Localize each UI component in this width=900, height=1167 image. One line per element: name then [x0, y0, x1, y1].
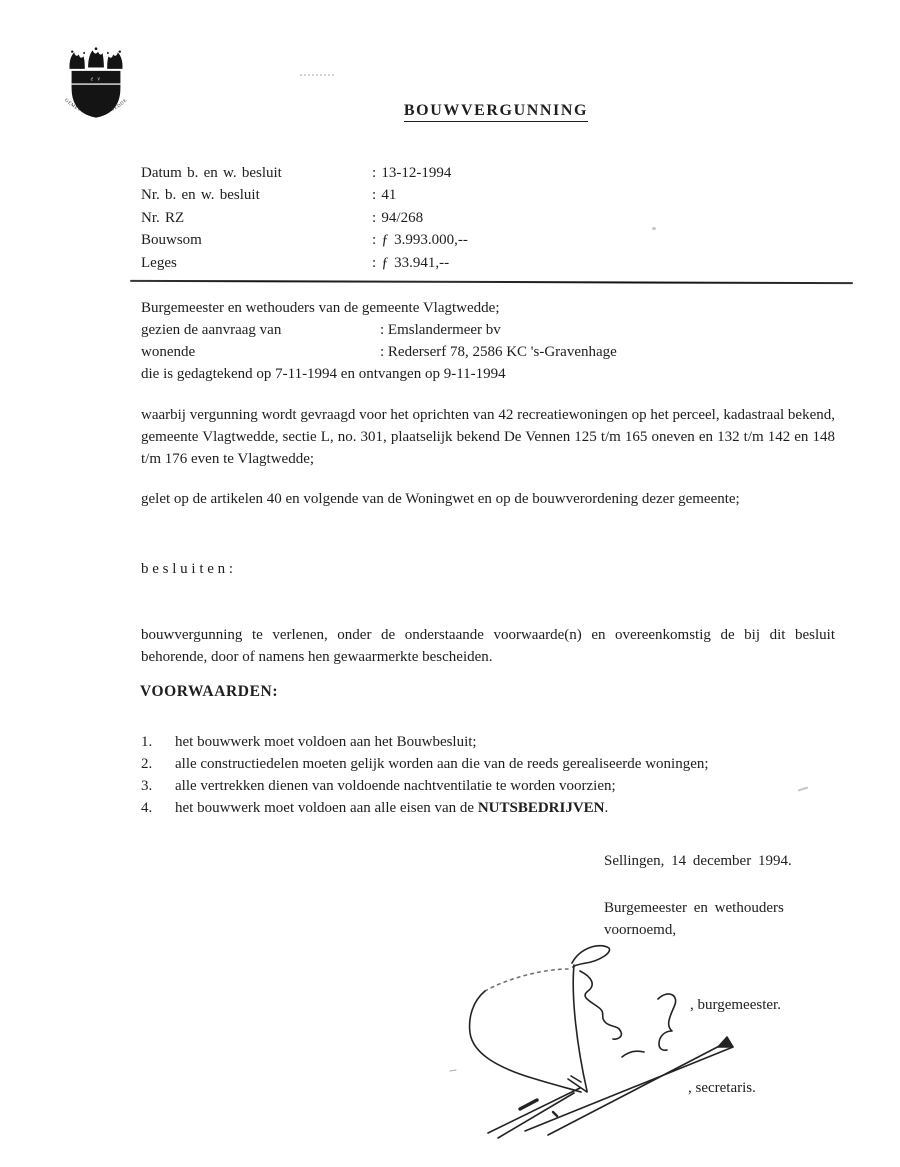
divider-line [130, 280, 853, 285]
signatory-line: Burgemeester en wethouders [604, 897, 792, 919]
condition-item: 1. het bouwwerk moet voldoen aan het Bou… [141, 731, 847, 753]
field-value: : 41 [372, 184, 396, 206]
condition-number: 4. [141, 797, 175, 819]
field-label: Nr. b. en w. besluit [141, 184, 372, 206]
field-value: : Rederserf 78, 2586 KC 's-Gravenhage [380, 341, 617, 363]
meta-row-bouwsom: Bouwsom : ƒ 3.993.000,-- [141, 229, 468, 251]
field-value: : Emslandermeer bv [380, 319, 501, 341]
condition-text: alle vertrekken dienen van voldoende nac… [175, 775, 847, 797]
condition-text: het bouwwerk moet voldoen aan het Bouwbe… [175, 731, 847, 753]
grant-paragraph: bouwvergunning te verlenen, onder de ond… [141, 624, 835, 668]
meta-row-nr-rz: Nr. RZ : 94/268 [141, 207, 468, 229]
condition-text-normal: het bouwwerk moet voldoen aan alle eisen… [175, 800, 478, 816]
applicant-dates-line: die is gedagtekend op 7-11-1994 en ontva… [141, 363, 617, 385]
field-label: wonende [141, 341, 380, 363]
request-paragraph: waarbij vergunning wordt gevraagd voor h… [141, 404, 835, 470]
scan-artifact [300, 74, 334, 76]
scanned-document-page: e v GEMEENTE VLAGTWEDDE BOUWVERGUNNING D… [0, 0, 900, 1167]
meta-row-leges: Leges : ƒ 33.941,-- [141, 252, 468, 274]
condition-item: 3. alle vertrekken dienen van voldoende … [141, 775, 847, 797]
field-label: Datum b. en w. besluit [141, 162, 372, 184]
applicant-row-wonende: wonende : Rederserf 78, 2586 KC 's-Grave… [141, 341, 617, 363]
title-container: BOUWVERGUNNING [140, 102, 852, 122]
condition-number: 1. [141, 731, 175, 753]
condition-text: het bouwwerk moet voldoen aan alle eisen… [175, 797, 847, 819]
meta-fields-block: Datum b. en w. besluit : 13-12-1994 Nr. … [141, 162, 468, 274]
condition-text-suffix: . [605, 800, 609, 816]
field-value: : 94/268 [372, 207, 423, 229]
legal-basis-paragraph: gelet op de artikelen 40 en volgende van… [141, 488, 835, 510]
conditions-list: 1. het bouwwerk moet voldoen aan het Bou… [141, 731, 847, 819]
document-title: BOUWVERGUNNING [404, 102, 588, 122]
handwritten-signatures [440, 935, 880, 1167]
meta-row-datum-besluit: Datum b. en w. besluit : 13-12-1994 [141, 162, 468, 184]
field-value: : 13-12-1994 [372, 162, 451, 184]
place-date-line: Sellingen, 14 december 1994. [604, 850, 792, 872]
field-value: : ƒ 3.993.000,-- [372, 229, 468, 251]
condition-number: 2. [141, 753, 175, 775]
field-value: : ƒ 33.941,-- [372, 252, 449, 274]
condition-item: 2. alle constructiedelen moeten gelijk w… [141, 753, 847, 775]
closing-block: Sellingen, 14 december 1994. Burgemeeste… [604, 850, 792, 941]
conditions-heading: VOORWAARDEN: [140, 683, 278, 701]
field-label: Nr. RZ [141, 207, 372, 229]
condition-text: alle constructiedelen moeten gelijk word… [175, 753, 847, 775]
field-label: Leges [141, 252, 372, 274]
meta-row-nr-besluit: Nr. b. en w. besluit : 41 [141, 184, 468, 206]
burgemeester-signature-label: , burgemeester. [690, 997, 781, 1014]
svg-text:e v: e v [91, 77, 102, 83]
applicant-block: Burgemeester en wethouders van de gemeen… [141, 297, 617, 385]
condition-text-bold: NUTSBEDRIJVEN [478, 800, 605, 816]
condition-item: 4. het bouwwerk moet voldoen aan alle ei… [141, 797, 847, 819]
field-label: Bouwsom [141, 229, 372, 251]
municipality-crest-icon: e v GEMEENTE VLAGTWEDDE [63, 47, 129, 125]
decision-word: b e s l u i t e n : [141, 561, 233, 578]
scan-artifact [652, 227, 656, 230]
field-label: gezien de aanvraag van [141, 319, 380, 341]
applicant-row-aanvraag: gezien de aanvraag van : Emslandermeer b… [141, 319, 617, 341]
secretaris-signature-label: , secretaris. [688, 1080, 756, 1097]
applicant-intro-line: Burgemeester en wethouders van de gemeen… [141, 297, 617, 319]
condition-number: 3. [141, 775, 175, 797]
